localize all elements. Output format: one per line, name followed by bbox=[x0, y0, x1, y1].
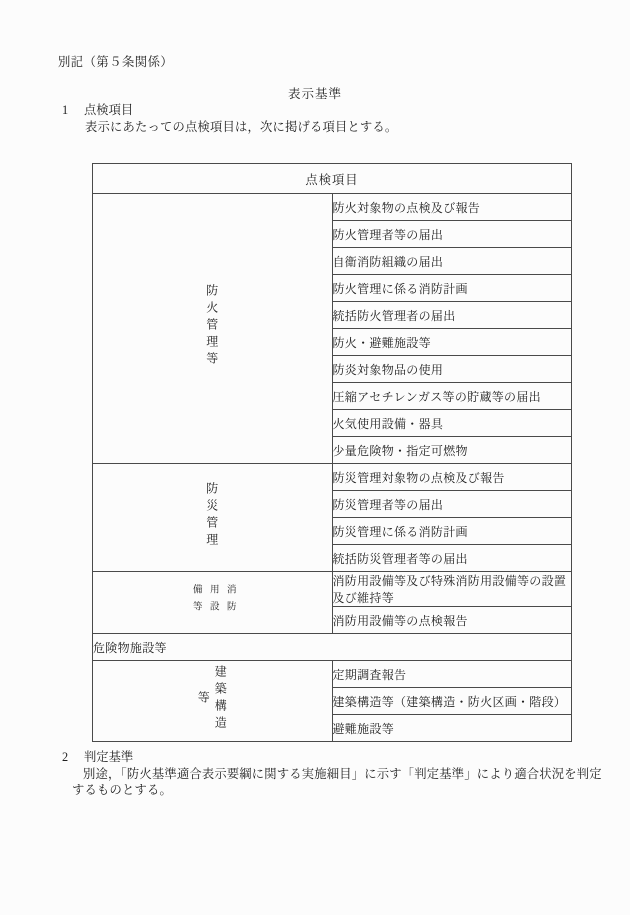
category-cell-fire-equipment: 消防用設備等 bbox=[93, 572, 333, 634]
item-cell: 消防用設備等及び特殊消防用設備等の設置及び維持等 bbox=[332, 572, 572, 607]
item-cell: 建築構造等（建築構造・防火区画・階段） bbox=[332, 688, 572, 715]
category-cell-building-structure: 建築構造等 bbox=[93, 661, 333, 742]
item-cell: 防災管理対象物の点検及び報告 bbox=[332, 464, 572, 491]
section-1-number: 1 bbox=[62, 103, 84, 118]
item-cell: 防火管理に係る消防計画 bbox=[332, 275, 572, 302]
section-2-heading: 判定基準 bbox=[84, 750, 133, 764]
item-cell: 少量危険物・指定可燃物 bbox=[332, 437, 572, 464]
item-cell: 防火対象物の点検及び報告 bbox=[332, 194, 572, 221]
section-2-heading-line: 2判定基準 bbox=[62, 747, 133, 765]
item-cell: 統括防災管理者等の届出 bbox=[332, 545, 572, 572]
item-cell: 火気使用設備・器具 bbox=[332, 410, 572, 437]
item-cell: 防災管理に係る消防計画 bbox=[332, 518, 572, 545]
category-cell-fire-management: 防火管理等 bbox=[93, 194, 333, 464]
item-cell: 統括防火管理者の届出 bbox=[332, 302, 572, 329]
category-label: 防火管理等 bbox=[204, 284, 221, 369]
doc-annex-note: 別記（第５条関係） bbox=[58, 52, 173, 70]
table-row: 消防用設備等 消防用設備等及び特殊消防用設備等の設置及び維持等 bbox=[93, 572, 572, 607]
table-row: 防火管理等 防火対象物の点検及び報告 bbox=[93, 194, 572, 221]
category-label: 防災管理 bbox=[204, 482, 221, 550]
section-1-heading-line: 1点検項目 bbox=[62, 100, 133, 118]
item-cell: 消防用設備等の点検報告 bbox=[332, 607, 572, 634]
table-header-cell: 点検項目 bbox=[93, 164, 572, 194]
item-cell: 防火管理者等の届出 bbox=[332, 221, 572, 248]
inspection-items-table: 点検項目 防火管理等 防火対象物の点検及び報告 防火管理者等の届出 自衛消防組織… bbox=[92, 163, 572, 742]
section-2-body-line-2: するものとする。 bbox=[72, 780, 172, 798]
item-cell: 防炎対象物品の使用 bbox=[332, 356, 572, 383]
table-row: 防災管理 防災管理対象物の点検及び報告 bbox=[93, 464, 572, 491]
section-1-heading: 点検項目 bbox=[84, 103, 133, 117]
item-cell: 自衛消防組織の届出 bbox=[332, 248, 572, 275]
category-cell-disaster-management: 防災管理 bbox=[93, 464, 333, 572]
item-cell: 防災管理者等の届出 bbox=[332, 491, 572, 518]
category-label: 建築構造等 bbox=[195, 659, 229, 739]
item-cell: 圧縮アセチレンガス等の貯蔵等の届出 bbox=[332, 383, 572, 410]
table-header-row: 点検項目 bbox=[93, 164, 572, 194]
item-cell: 防火・避難施設等 bbox=[332, 329, 572, 356]
category-label: 消防用設備等 bbox=[187, 577, 238, 625]
item-cell-hazmat-full-row: 危険物施設等 bbox=[93, 634, 572, 661]
section-1-body: 表示にあたっての点検項目は，次に掲げる項目とする。 bbox=[85, 117, 397, 135]
section-2-number: 2 bbox=[62, 750, 84, 765]
table-row: 危険物施設等 bbox=[93, 634, 572, 661]
table-row: 建築構造等 定期調査報告 bbox=[93, 661, 572, 688]
item-cell: 定期調査報告 bbox=[332, 661, 572, 688]
item-cell: 避難施設等 bbox=[332, 715, 572, 742]
